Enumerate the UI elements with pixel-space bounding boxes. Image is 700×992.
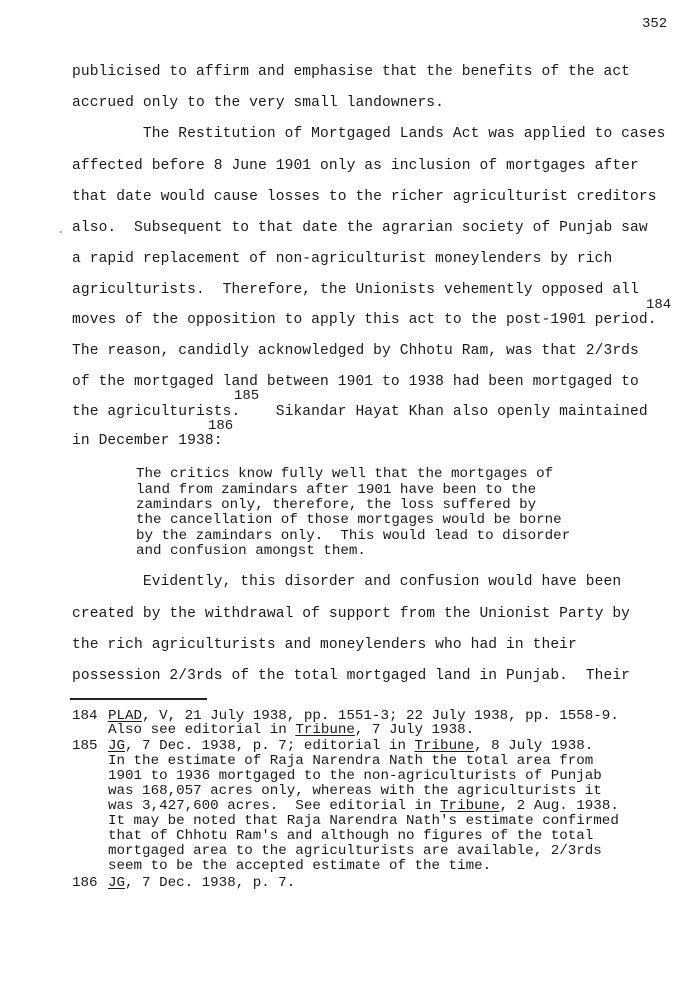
quote-line: and confusion amongst them. [136, 543, 366, 559]
quote-line: land from zamindars after 1901 have been… [136, 482, 536, 498]
footnote-separator [70, 698, 207, 700]
footnote-line: It may be noted that Raja Narendra Nath'… [108, 813, 619, 829]
body-line: in December 1938: [72, 433, 223, 449]
footnote-line: In the estimate of Raja Narendra Nath th… [108, 753, 593, 769]
footnote-line: that of Chhotu Ram's and although no fig… [108, 828, 593, 844]
scan-speck [60, 231, 62, 233]
quote-line: by the zamindars only. This would lead t… [136, 528, 570, 544]
footnote-number: 186 [72, 875, 98, 891]
body-line: the rich agriculturists and moneylenders… [72, 637, 577, 653]
body-line: agriculturists. Therefore, the Unionists… [72, 282, 639, 298]
body-line: The reason, candidly acknowledged by Chh… [72, 343, 639, 359]
body-line: accrued only to the very small landowner… [72, 95, 444, 111]
footnote-line: seem to be the accepted estimate of the … [108, 858, 491, 874]
quote-line: zamindars only, therefore, the loss suff… [136, 497, 536, 513]
footnote-ref-185: 185 [234, 388, 259, 404]
body-line: the agriculturists. Sikandar Hayat Khan … [72, 404, 648, 420]
body-line: that date would cause losses to the rich… [72, 189, 657, 205]
footnote-line: Also see editorial in Tribune, 7 July 19… [108, 722, 474, 738]
footnote-ref-186: 186 [208, 418, 233, 434]
body-line: also. Subsequent to that date the agrari… [72, 220, 648, 236]
footnote-line: JG, 7 Dec. 1938, p. 7. [108, 875, 295, 891]
body-line: a rapid replacement of non-agriculturist… [72, 251, 612, 267]
footnote-line: JG, 7 Dec. 1938, p. 7; editorial in Trib… [108, 738, 593, 754]
footnote-number: 185 [72, 738, 98, 754]
footnote-line: was 168,057 acres only, whereas with the… [108, 783, 602, 799]
body-line: The Restitution of Mortgaged Lands Act w… [72, 126, 665, 142]
body-line: publicised to affirm and emphasise that … [72, 64, 630, 80]
body-line: created by the withdrawal of support fro… [72, 606, 630, 622]
footnote-ref-184: 184 [646, 297, 671, 313]
body-line: Evidently, this disorder and confusion w… [72, 574, 621, 590]
footnote-line: 1901 to 1936 mortgaged to the non-agricu… [108, 768, 602, 784]
footnote-line: mortgaged area to the agriculturists are… [108, 843, 602, 859]
body-line: affected before 8 June 1901 only as incl… [72, 158, 639, 174]
quote-line: the cancellation of those mortgages woul… [136, 512, 562, 528]
body-line: of the mortgaged land between 1901 to 19… [72, 374, 639, 390]
footnote-line: was 3,427,600 acres. See editorial in Tr… [108, 798, 619, 814]
body-line: moves of the opposition to apply this ac… [72, 312, 657, 328]
quote-line: The critics know fully well that the mor… [136, 466, 553, 482]
body-line: possession 2/3rds of the total mortgaged… [72, 668, 630, 684]
page-number: 352 [642, 16, 667, 32]
footnote-number: 184 [72, 708, 98, 724]
